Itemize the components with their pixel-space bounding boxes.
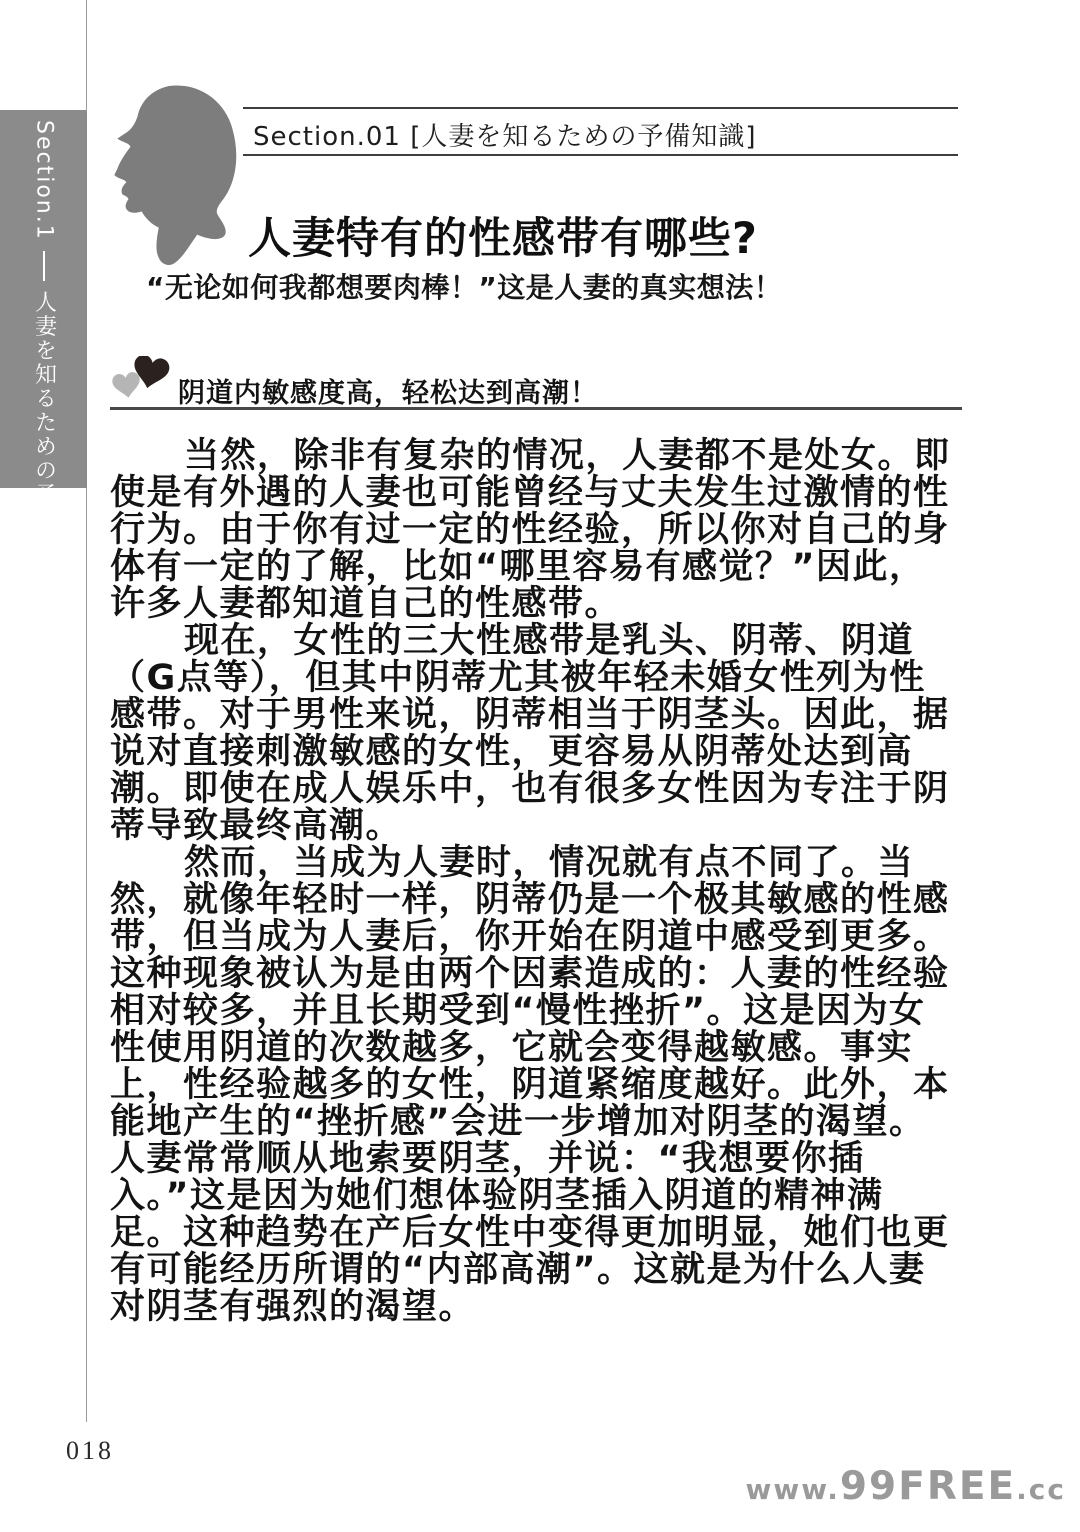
- kicker-rule-bottom: [243, 154, 958, 156]
- sidebar-section-bar: Section.1人妻を知るための予備知識: [0, 110, 87, 488]
- section-kicker: Section.01 [人妻を知るための予備知識]: [253, 116, 953, 153]
- woman-profile-silhouette-icon: [110, 84, 248, 266]
- highlight-underline: [110, 407, 962, 410]
- kicker-rule-top: [243, 107, 958, 109]
- watermark-suffix: .cc: [1016, 1473, 1066, 1506]
- page-number: 018: [66, 1436, 114, 1466]
- paragraph-2: 现在，女性的三大性感带是乳头、阴蒂、阴道 （G点等），但其中阴蒂尤其被年轻未婚女…: [110, 623, 966, 845]
- sidebar-vertical-text: Section.1人妻を知るための予備知識: [33, 120, 55, 488]
- sidebar-section-label: Section.1: [32, 120, 57, 241]
- body-text: 当然，除非有复杂的情况，人妻都不是处女。即 使是有外遇的人妻也可能曾经与丈夫发生…: [110, 438, 966, 1326]
- watermark-brand: 99FREE: [840, 1464, 1016, 1509]
- sidebar-section-title: 人妻を知るための予備知識: [32, 291, 57, 579]
- book-page: Section.1人妻を知るための予備知識 Section.01 [人妻を知るた…: [0, 0, 1080, 1532]
- page-subtitle: “无论如何我都想要肉棒！”这是人妻的真实想法！: [146, 266, 986, 306]
- watermark-prefix: www.: [745, 1473, 839, 1506]
- page-title: 人妻特有的性感带有哪些?: [248, 205, 1028, 266]
- sidebar-separator-line: [43, 251, 45, 281]
- paragraph-1: 当然，除非有复杂的情况，人妻都不是处女。即 使是有外遇的人妻也可能曾经与丈夫发生…: [110, 438, 966, 623]
- highlight-heading: 阴道内敏感度高，轻松达到高潮！: [178, 371, 938, 410]
- double-hearts-icon: [110, 356, 174, 412]
- paragraph-3: 然而，当成为人妻时，情况就有点不同了。当 然，就像年轻时一样，阴蒂仍是一个极其敏…: [110, 845, 966, 1326]
- watermark: www.99FREE.cc: [745, 1464, 1066, 1509]
